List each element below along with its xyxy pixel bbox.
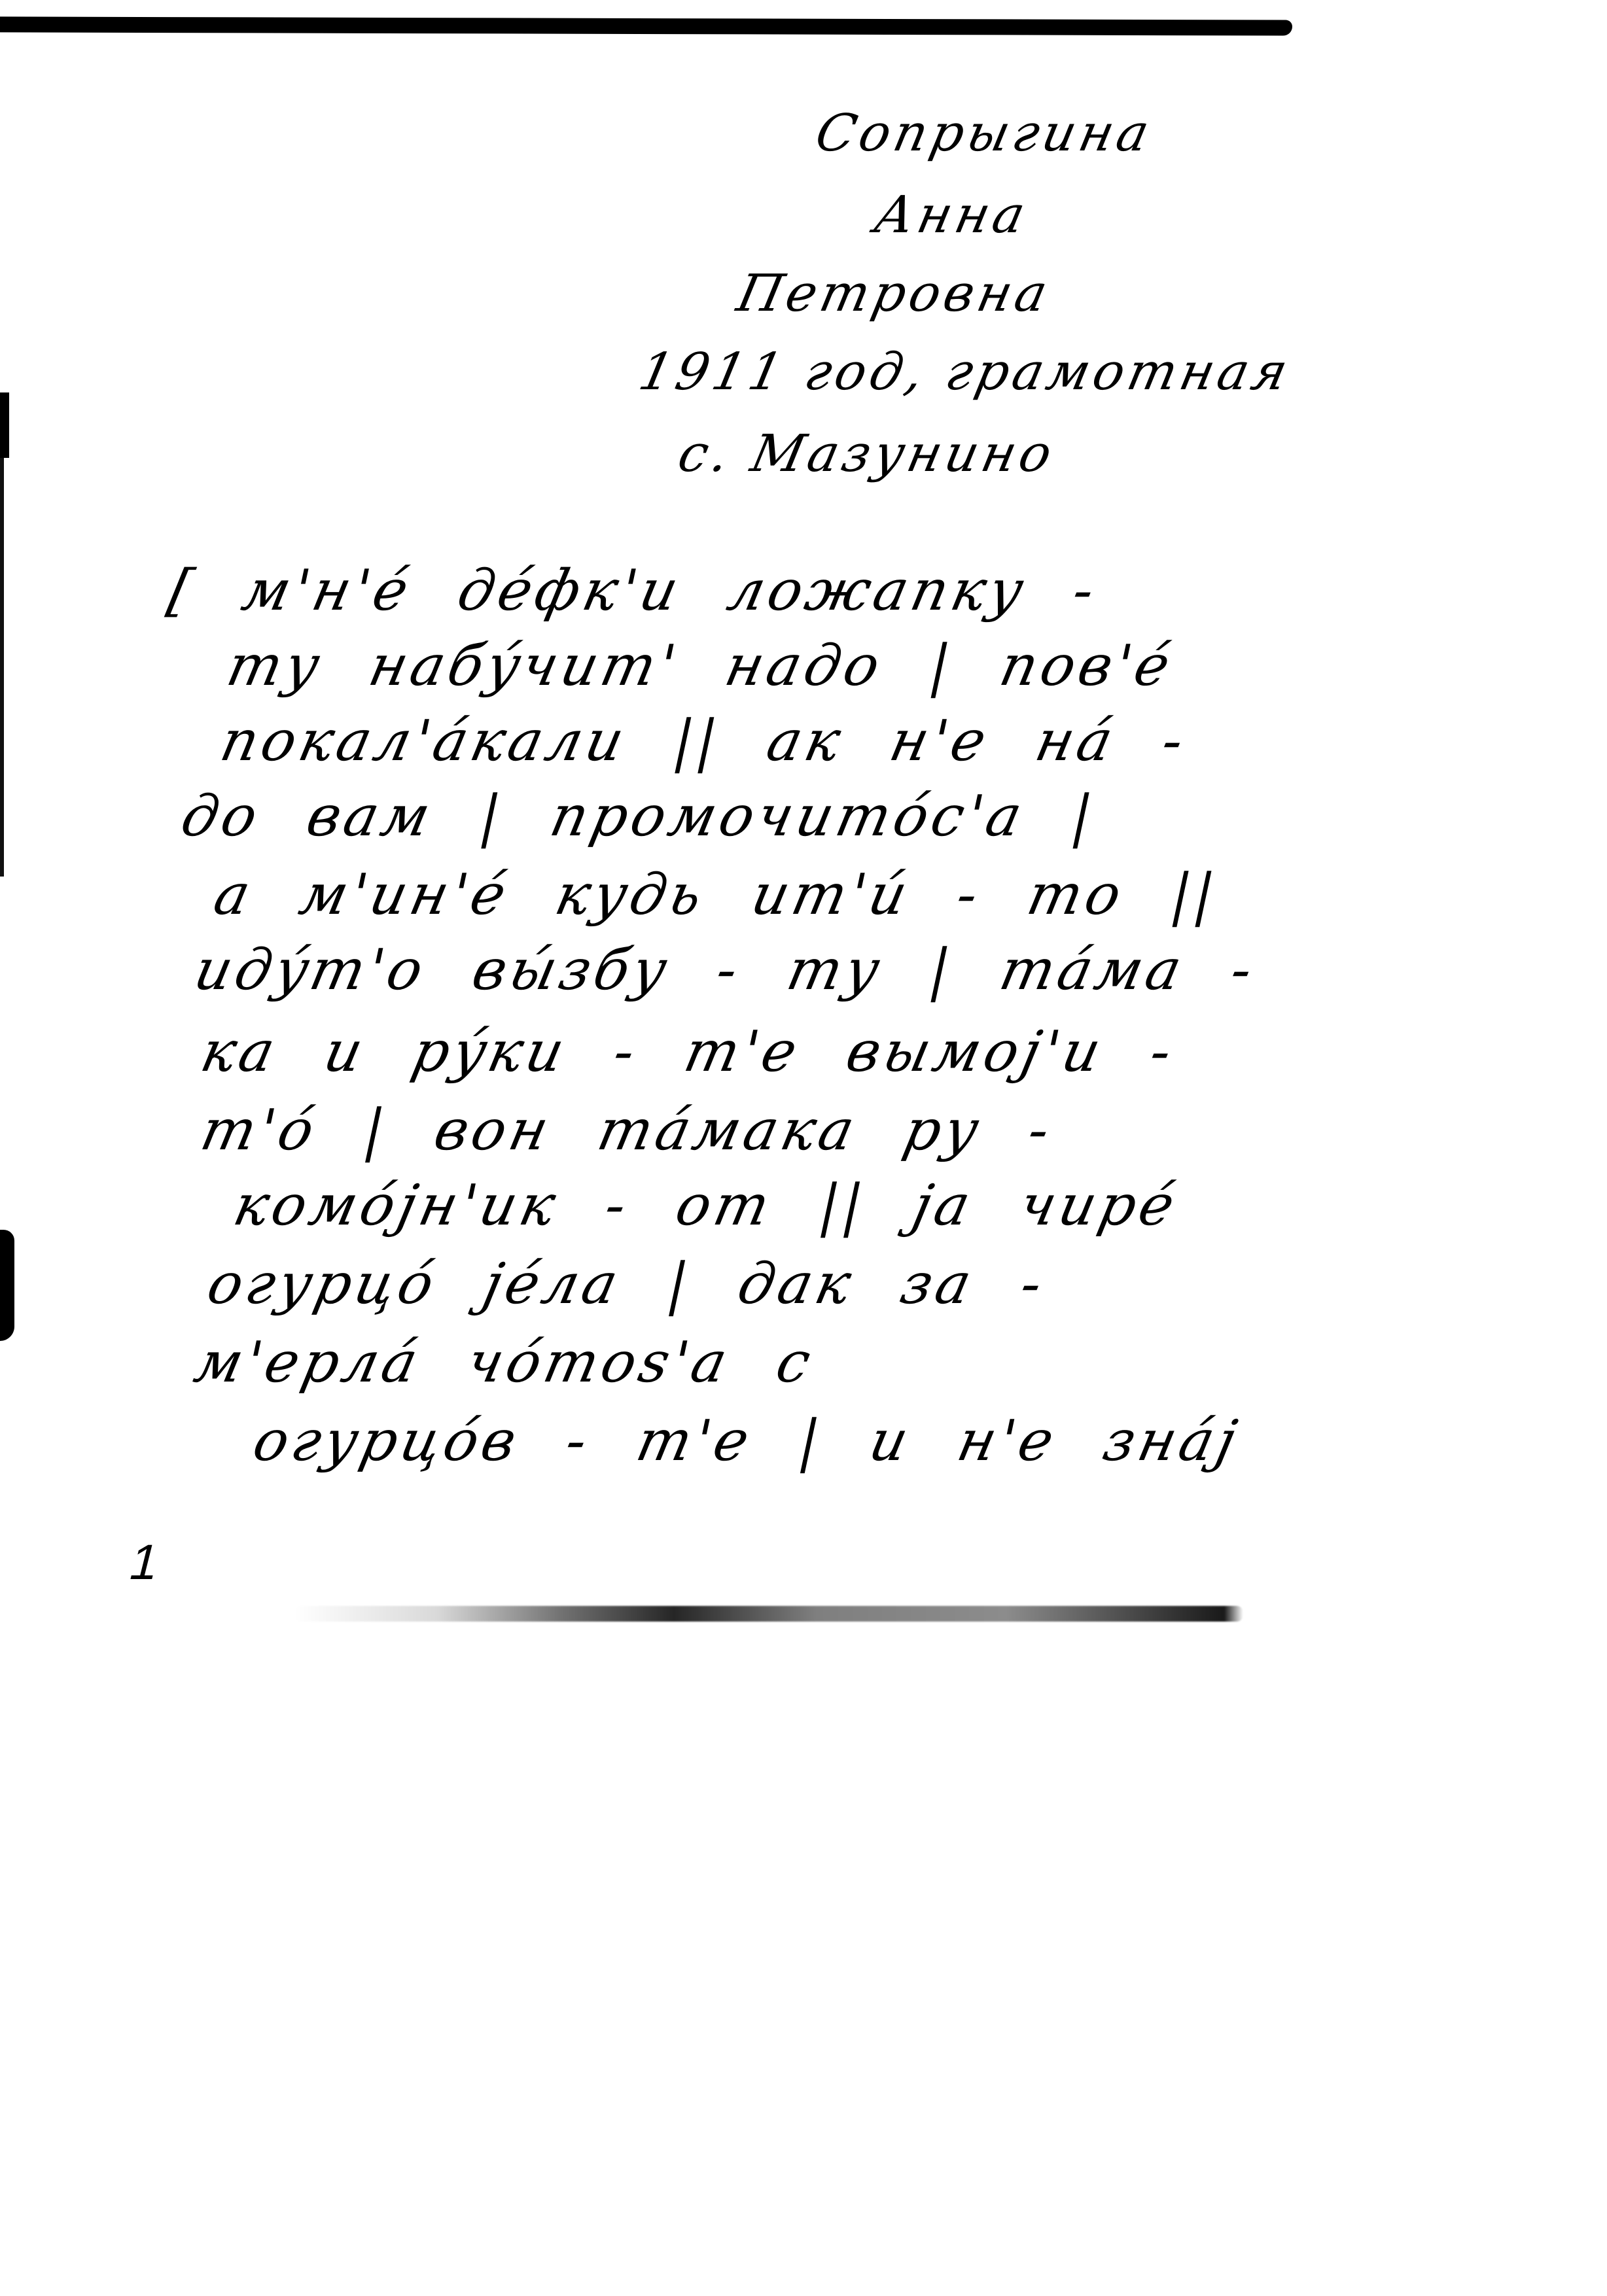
transcription-line: [ м'н'é дéфк'и ложаnку - [164, 563, 1103, 619]
transcription-line: комójн'ик - от || jа чирé [229, 1177, 1183, 1234]
transcription-line: ка и рýки - т'е вымоj'и - [196, 1024, 1180, 1080]
scan-left-edge-shadow [0, 392, 9, 458]
transcription-line: огурцóв - т'е | и н'е знáj [249, 1413, 1245, 1469]
scan-left-edge-shadow [0, 458, 4, 877]
speaker-first-name: Анна [870, 190, 1033, 241]
transcription-line: т'ó | вон тáмака ру - [196, 1102, 1058, 1158]
transcription-line: покал'áкали || ак н'е нá - [216, 713, 1192, 769]
speaker-village: с. Мазунино [674, 428, 1060, 479]
speaker-surname: Сопрыгина [811, 108, 1157, 159]
transcription-line: м'ерлá чóтоѕ'а с [190, 1334, 819, 1391]
scanned-page: Сопрыгина Анна Петровна 1911 год, грамот… [0, 0, 1607, 2296]
speaker-patronymic: Петровна [733, 268, 1055, 319]
transcription-line: а м'ин'é кудь ит'и́ - то || [209, 867, 1224, 923]
scan-top-edge-shadow [0, 16, 1292, 35]
page-number: 1 [124, 1534, 166, 1591]
transcription-line: до вам | промочитóс'а | [177, 788, 1101, 844]
transcription-line: огурцó jéла | дак за - [203, 1256, 1051, 1312]
scan-left-edge-shadow [0, 1230, 14, 1341]
scan-smudge-artifact [294, 1606, 1243, 1622]
transcription-line: ту набýчит' надо | пов'é [222, 638, 1178, 694]
transcription-line: идýт'о вы́збу - ту | тáма - [190, 942, 1261, 998]
speaker-birth-year-literacy: 1911 год, грамотная [635, 347, 1296, 398]
